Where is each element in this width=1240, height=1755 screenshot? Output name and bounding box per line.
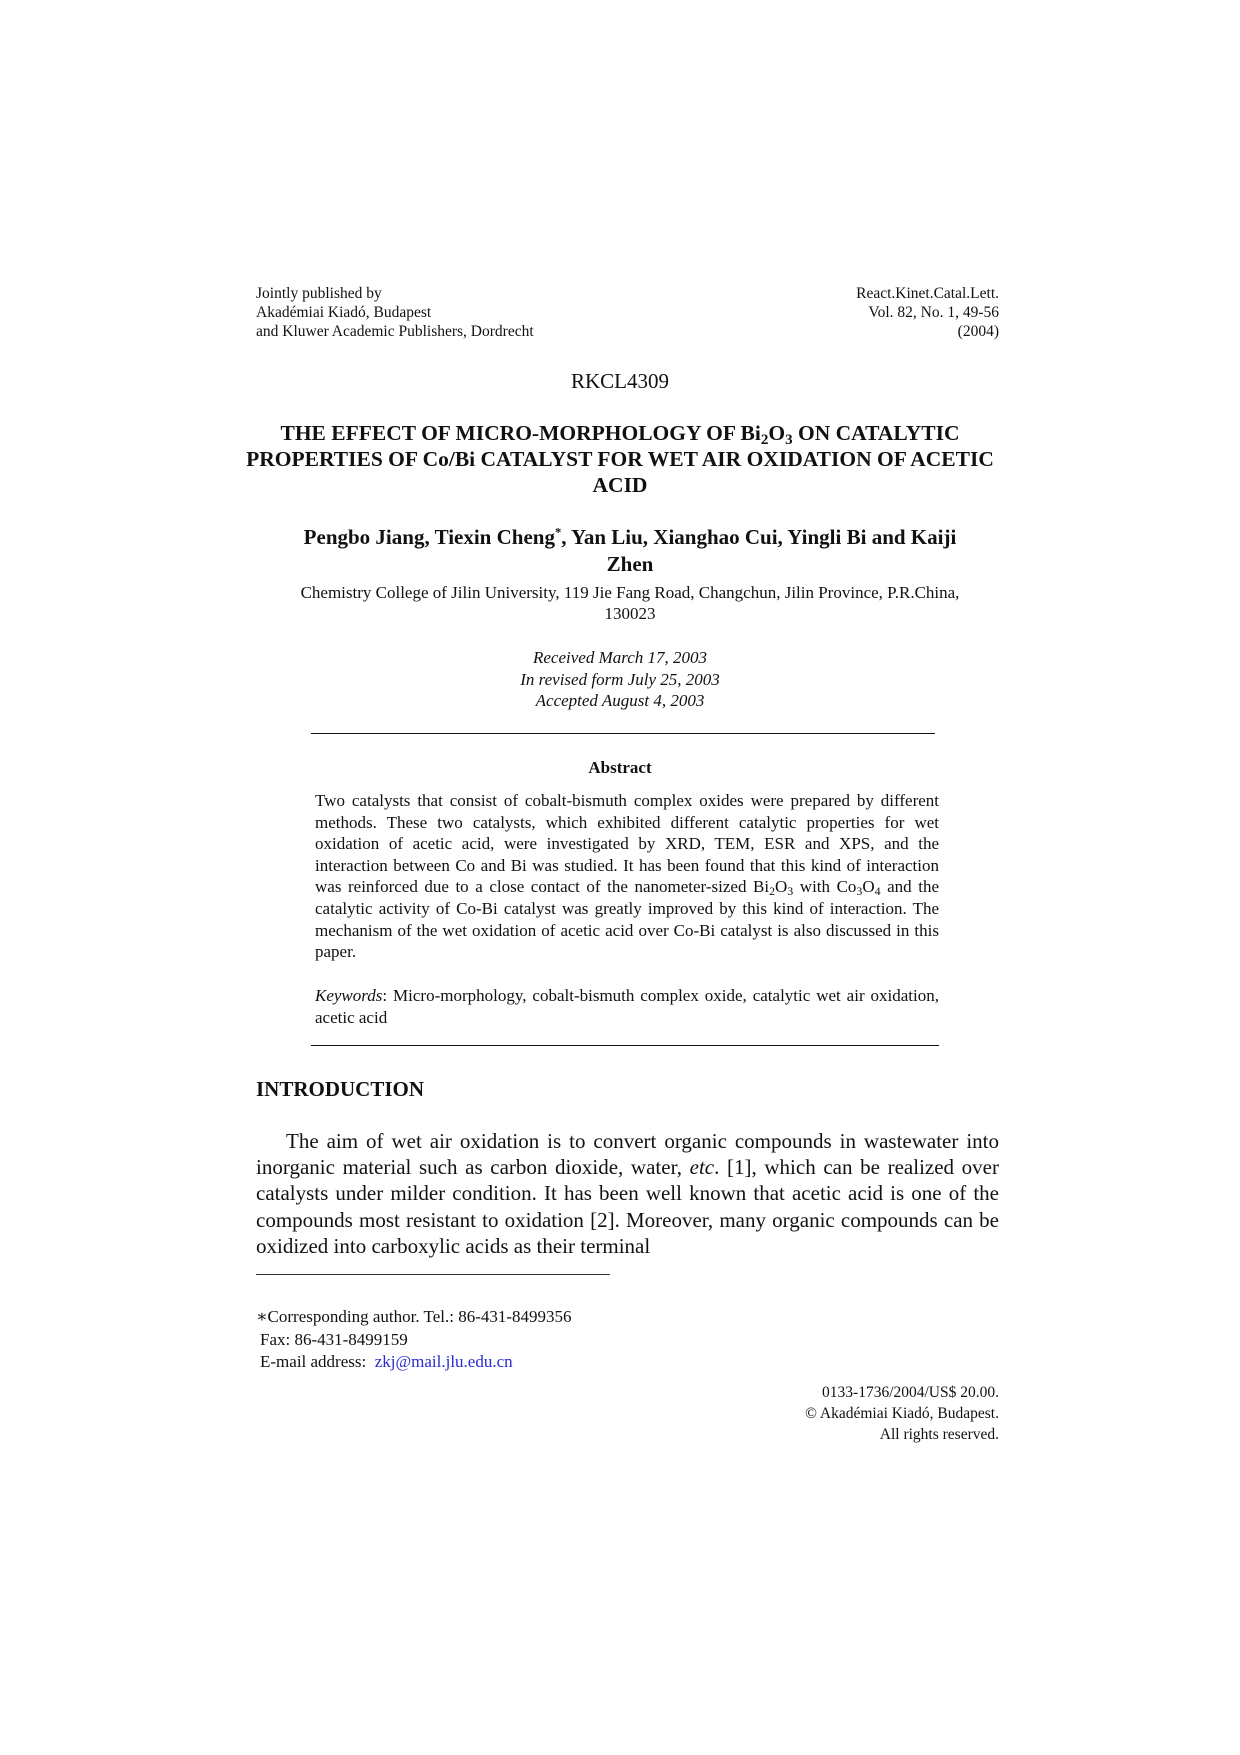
abstract-text: O	[862, 877, 874, 896]
intro-italic: etc	[690, 1155, 714, 1179]
keywords-text: : Micro-morphology, cobalt-bismuth compl…	[315, 986, 939, 1027]
footnote-rule	[256, 1274, 610, 1275]
abstract-top-rule	[311, 733, 935, 734]
introduction-body: The aim of wet air oxidation is to conve…	[256, 1128, 999, 1259]
journal-name: React.Kinet.Catal.Lett.	[700, 284, 999, 303]
dates: Received March 17, 2003 In revised form …	[0, 647, 1240, 712]
publisher-line: Jointly published by	[256, 284, 534, 303]
journal-volume: Vol. 82, No. 1, 49-56	[700, 303, 999, 322]
email-link[interactable]: zkj@mail.jlu.edu.cn	[375, 1352, 513, 1371]
footnote-email-line: E-mail address: zkj@mail.jlu.edu.cn	[256, 1351, 572, 1374]
footnote-corresponding: ∗Corresponding author. Tel.: 86-431-8499…	[256, 1306, 572, 1329]
copyright-holder: © Akadémiai Kiadó, Budapest.	[700, 1403, 999, 1424]
abstract-body: Two catalysts that consist of cobalt-bis…	[315, 790, 939, 963]
title-text: THE EFFECT OF MICRO-MORPHOLOGY OF Bi	[280, 421, 760, 445]
journal-info: React.Kinet.Catal.Lett. Vol. 82, No. 1, …	[700, 284, 999, 341]
footnote-fax: Fax: 86-431-8499159	[256, 1329, 572, 1352]
publisher-line: Akadémiai Kiadó, Budapest	[256, 303, 534, 322]
section-heading-introduction: INTRODUCTION	[256, 1077, 424, 1102]
received-date: Received March 17, 2003	[0, 647, 1240, 669]
title-subscript: 3	[785, 432, 793, 448]
author-list: Pengbo Jiang, Tiexin Cheng*, Yan Liu, Xi…	[290, 524, 970, 578]
publisher-line: and Kluwer Academic Publishers, Dordrech…	[256, 322, 534, 341]
footnote: ∗Corresponding author. Tel.: 86-431-8499…	[256, 1306, 572, 1374]
abstract-bottom-rule	[311, 1045, 939, 1046]
abstract-text: with Co	[793, 877, 856, 896]
keywords-label: Keywords	[315, 986, 382, 1005]
authors-text: Pengbo Jiang, Tiexin Cheng	[304, 525, 555, 549]
email-label: E-mail address:	[260, 1352, 375, 1371]
copyright: 0133-1736/2004/US$ 20.00. © Akadémiai Ki…	[700, 1382, 999, 1445]
revised-date: In revised form July 25, 2003	[0, 669, 1240, 691]
article-id: RKCL4309	[0, 369, 1240, 394]
keywords: Keywords: Micro-morphology, cobalt-bismu…	[315, 985, 939, 1028]
journal-year: (2004)	[700, 322, 999, 341]
abstract-heading: Abstract	[0, 758, 1240, 778]
title-text: O	[768, 421, 785, 445]
authors-text: , Yan Liu, Xianghao Cui, Yingli Bi and K…	[561, 525, 956, 576]
accepted-date: Accepted August 4, 2003	[0, 690, 1240, 712]
affiliation: Chemistry College of Jilin University, 1…	[280, 582, 980, 624]
rights-reserved: All rights reserved.	[700, 1424, 999, 1445]
issn-price: 0133-1736/2004/US$ 20.00.	[700, 1382, 999, 1403]
abstract-text: O	[775, 877, 787, 896]
paper-title: THE EFFECT OF MICRO-MORPHOLOGY OF Bi2O3 …	[240, 420, 1000, 498]
publisher-info: Jointly published by Akadémiai Kiadó, Bu…	[256, 284, 534, 341]
